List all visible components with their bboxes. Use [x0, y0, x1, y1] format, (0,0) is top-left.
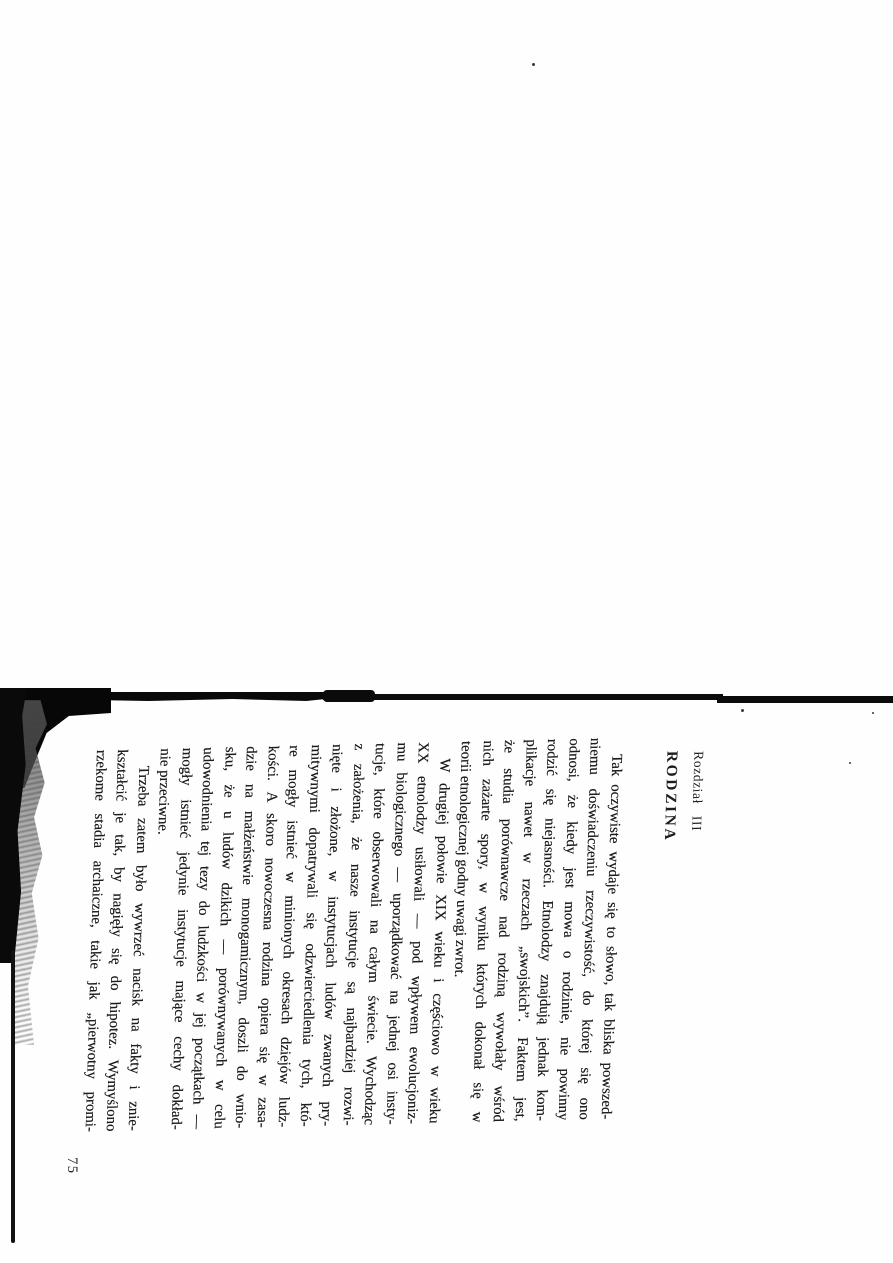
- dust-speck: [741, 709, 744, 712]
- body-text: Tak oczywiste wydaje się to słowo, tak b…: [78, 737, 627, 1132]
- dust-speck: [532, 63, 535, 66]
- scanned-book-page: Rozdział III RODZINA Tak oczywiste wydaj…: [0, 0, 893, 1263]
- scan-edge-line-mid: [323, 694, 723, 700]
- page-number: 75: [63, 1157, 80, 1175]
- chapter-label: Rozdział III: [680, 751, 707, 1117]
- page-content: Rozdział III RODZINA Tak oczywiste wydaj…: [78, 735, 707, 1132]
- dust-speck: [872, 712, 874, 714]
- rotated-page-scan: Rozdział III RODZINA Tak oczywiste wydaj…: [0, 0, 893, 1263]
- scan-edge-blot: [323, 690, 375, 702]
- scan-bottom-edge-line: [11, 950, 15, 1243]
- scan-edge-line-top: [717, 696, 893, 703]
- dust-speck: [849, 762, 851, 764]
- chapter-title: RODZINA: [652, 751, 682, 1118]
